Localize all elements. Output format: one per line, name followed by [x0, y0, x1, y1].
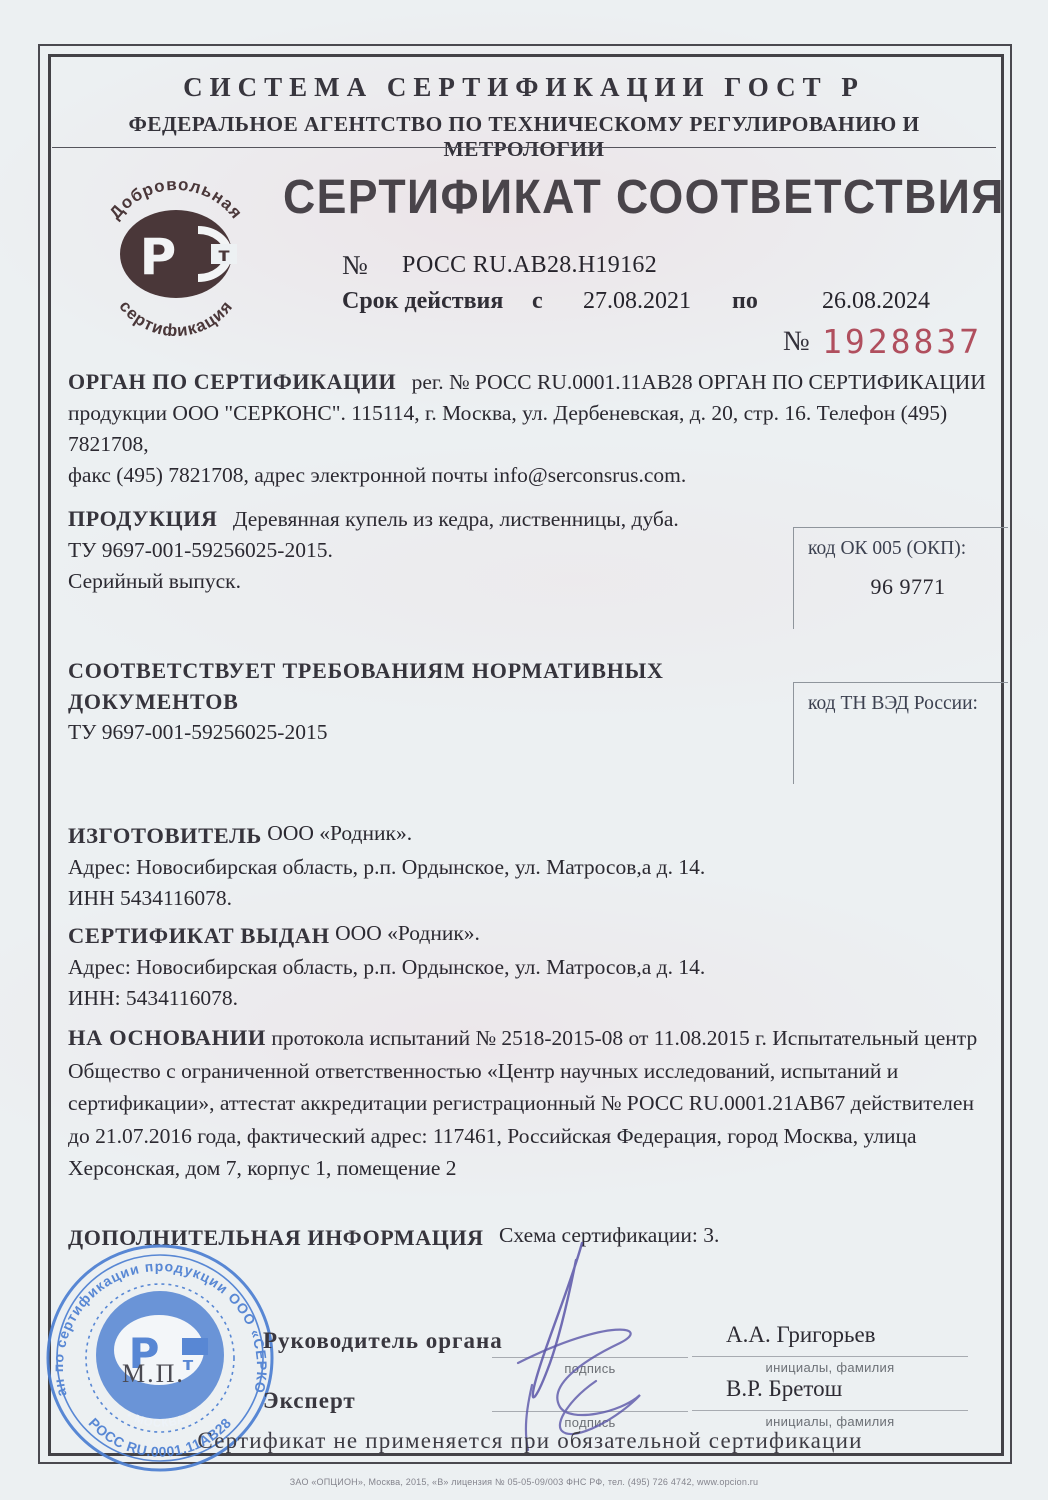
- header-divider: [52, 147, 996, 148]
- section-conformity: СООТВЕТСТВУЕТ ТРЕБОВАНИЯМ НОРМАТИВНЫХ ДО…: [68, 655, 808, 748]
- head-name-caption: инициалы, фамилия: [692, 1360, 968, 1375]
- basis-line4: до 21.07.2016 года, фактический адрес: 1…: [68, 1120, 1012, 1153]
- head-name: А.А. Григорьев: [726, 1322, 876, 1348]
- product-heading: ПРОДУКЦИЯ: [68, 506, 217, 531]
- basis-line3: сертификации», аттестат аккредитации рег…: [68, 1087, 1012, 1120]
- printer-info: ЗАО «ОПЦИОН», Москва, 2015, «В» лицензия…: [0, 1477, 1048, 1487]
- tnved-code-label: код ТН ВЭД России:: [808, 693, 978, 714]
- manufacturer-inn: ИНН 5434116078.: [68, 883, 888, 914]
- validity-from-prep: с: [532, 288, 543, 315]
- expert-name-line: [692, 1410, 968, 1411]
- logo-bottom-arc-text: сертификация: [115, 297, 236, 336]
- cert-number-value: РОСС RU.АВ28.Н19162: [402, 252, 657, 279]
- expert-label: Эксперт: [263, 1388, 356, 1414]
- basis-line1: протокола испытаний № 2518-2015-08 от 11…: [271, 1026, 977, 1050]
- validity-to-prep: по: [732, 288, 758, 315]
- section-product: ПРОДУКЦИЯ Деревянная купель из кедра, ли…: [68, 503, 798, 597]
- basis-line5: Херсонская, дом 7, корпус 1, помещение 2: [68, 1152, 1012, 1185]
- disclaimer-text: Сертификат не применяется при обязательн…: [130, 1428, 930, 1454]
- certificate-page: СИСТЕМА СЕРТИФИКАЦИИ ГОСТ Р ФЕДЕРАЛЬНОЕ …: [0, 0, 1048, 1500]
- manufacturer-heading: ИЗГОТОВИТЕЛЬ: [68, 823, 262, 848]
- section-basis: НА ОСНОВАНИИ протокола испытаний № 2518-…: [68, 1022, 1012, 1185]
- org-line1: рег. № РОСС RU.0001.11АВ28 ОРГАН ПО СЕРТ…: [412, 370, 986, 394]
- head-of-body-label: Руководитель органа: [263, 1328, 503, 1354]
- manufacturer-address: Адрес: Новосибирская область, р.п. Ордын…: [68, 852, 888, 883]
- system-title: СИСТЕМА СЕРТИФИКАЦИИ ГОСТ Р: [60, 72, 988, 103]
- document-title: СЕРТИФИКАТ СООТВЕТСТВИЯ: [283, 170, 953, 225]
- blank-number-value: 1928837: [822, 322, 982, 361]
- tnved-code-box: код ТН ВЭД России:: [793, 682, 1008, 784]
- validity-label: Срок действия: [342, 288, 503, 315]
- validity-to-date: 26.08.2024: [822, 288, 930, 315]
- head-name-line: [692, 1356, 968, 1357]
- issued-to-address: Адрес: Новосибирская область, р.п. Ордын…: [68, 952, 888, 983]
- validity-from-date: 27.08.2021: [583, 288, 691, 315]
- svg-text:сертификация: сертификация: [115, 297, 236, 336]
- blank-number-sign: №: [783, 326, 810, 358]
- basis-line2: Общество с ограниченной ответственностью…: [68, 1055, 1012, 1088]
- okp-code-box: код ОК 005 (ОКП): 96 9771: [793, 527, 1008, 629]
- org-line3: факс (495) 7821708, адрес электронной по…: [68, 460, 1008, 491]
- section-issued-to: СЕРТИФИКАТ ВЫДАН ООО «Родник». Адрес: Но…: [68, 920, 888, 1014]
- okp-code-value: 96 9771: [808, 574, 1008, 600]
- rst-voluntary-certification-logo: Добровольная сертификация Р т: [90, 168, 262, 336]
- expert-name: В.Р. Бретош: [726, 1376, 842, 1402]
- org-line2: продукции ООО "СЕРКОНС". 115114, г. Моск…: [68, 398, 1008, 460]
- expert-name-caption: инициалы, фамилия: [692, 1414, 968, 1429]
- conformity-heading: СООТВЕТСТВУЕТ ТРЕБОВАНИЯМ НОРМАТИВНЫХ ДО…: [68, 655, 798, 717]
- product-line2: ТУ 9697-001-59256025-2015.: [68, 535, 798, 566]
- product-line3: Серийный выпуск.: [68, 566, 798, 597]
- stamp-mp-mark: М.П.: [122, 1359, 185, 1388]
- issued-to-inn: ИНН: 5434116078.: [68, 983, 888, 1014]
- cert-number-label: №: [342, 250, 368, 281]
- conformity-text: ТУ 9697-001-59256025-2015: [68, 717, 808, 748]
- issued-to-heading: СЕРТИФИКАТ ВЫДАН: [68, 923, 330, 948]
- signature-stroke-1: [533, 1243, 582, 1397]
- product-line1: Деревянная купель из кедра, лиственницы,…: [233, 507, 679, 531]
- section-manufacturer: ИЗГОТОВИТЕЛЬ ООО «Родник». Адрес: Новоси…: [68, 820, 888, 914]
- okp-code-label: код ОК 005 (ОКП):: [808, 538, 966, 559]
- logo-mark-t: т: [218, 244, 229, 266]
- agency-title: ФЕДЕРАЛЬНОЕ АГЕНТСТВО ПО ТЕХНИЧЕСКОМУ РЕ…: [47, 112, 1002, 162]
- stamp-mark-mouth: [182, 1338, 208, 1355]
- logo-mark-p: Р: [140, 228, 177, 286]
- manufacturer-name: ООО «Родник».: [267, 821, 412, 845]
- basis-heading: НА ОСНОВАНИИ: [68, 1025, 266, 1050]
- org-heading: ОРГАН ПО СЕРТИФИКАЦИИ: [68, 369, 396, 394]
- section-certification-body: ОРГАН ПО СЕРТИФИКАЦИИ рег. № РОСС RU.000…: [68, 366, 1008, 491]
- issued-to-name: ООО «Родник».: [335, 921, 480, 945]
